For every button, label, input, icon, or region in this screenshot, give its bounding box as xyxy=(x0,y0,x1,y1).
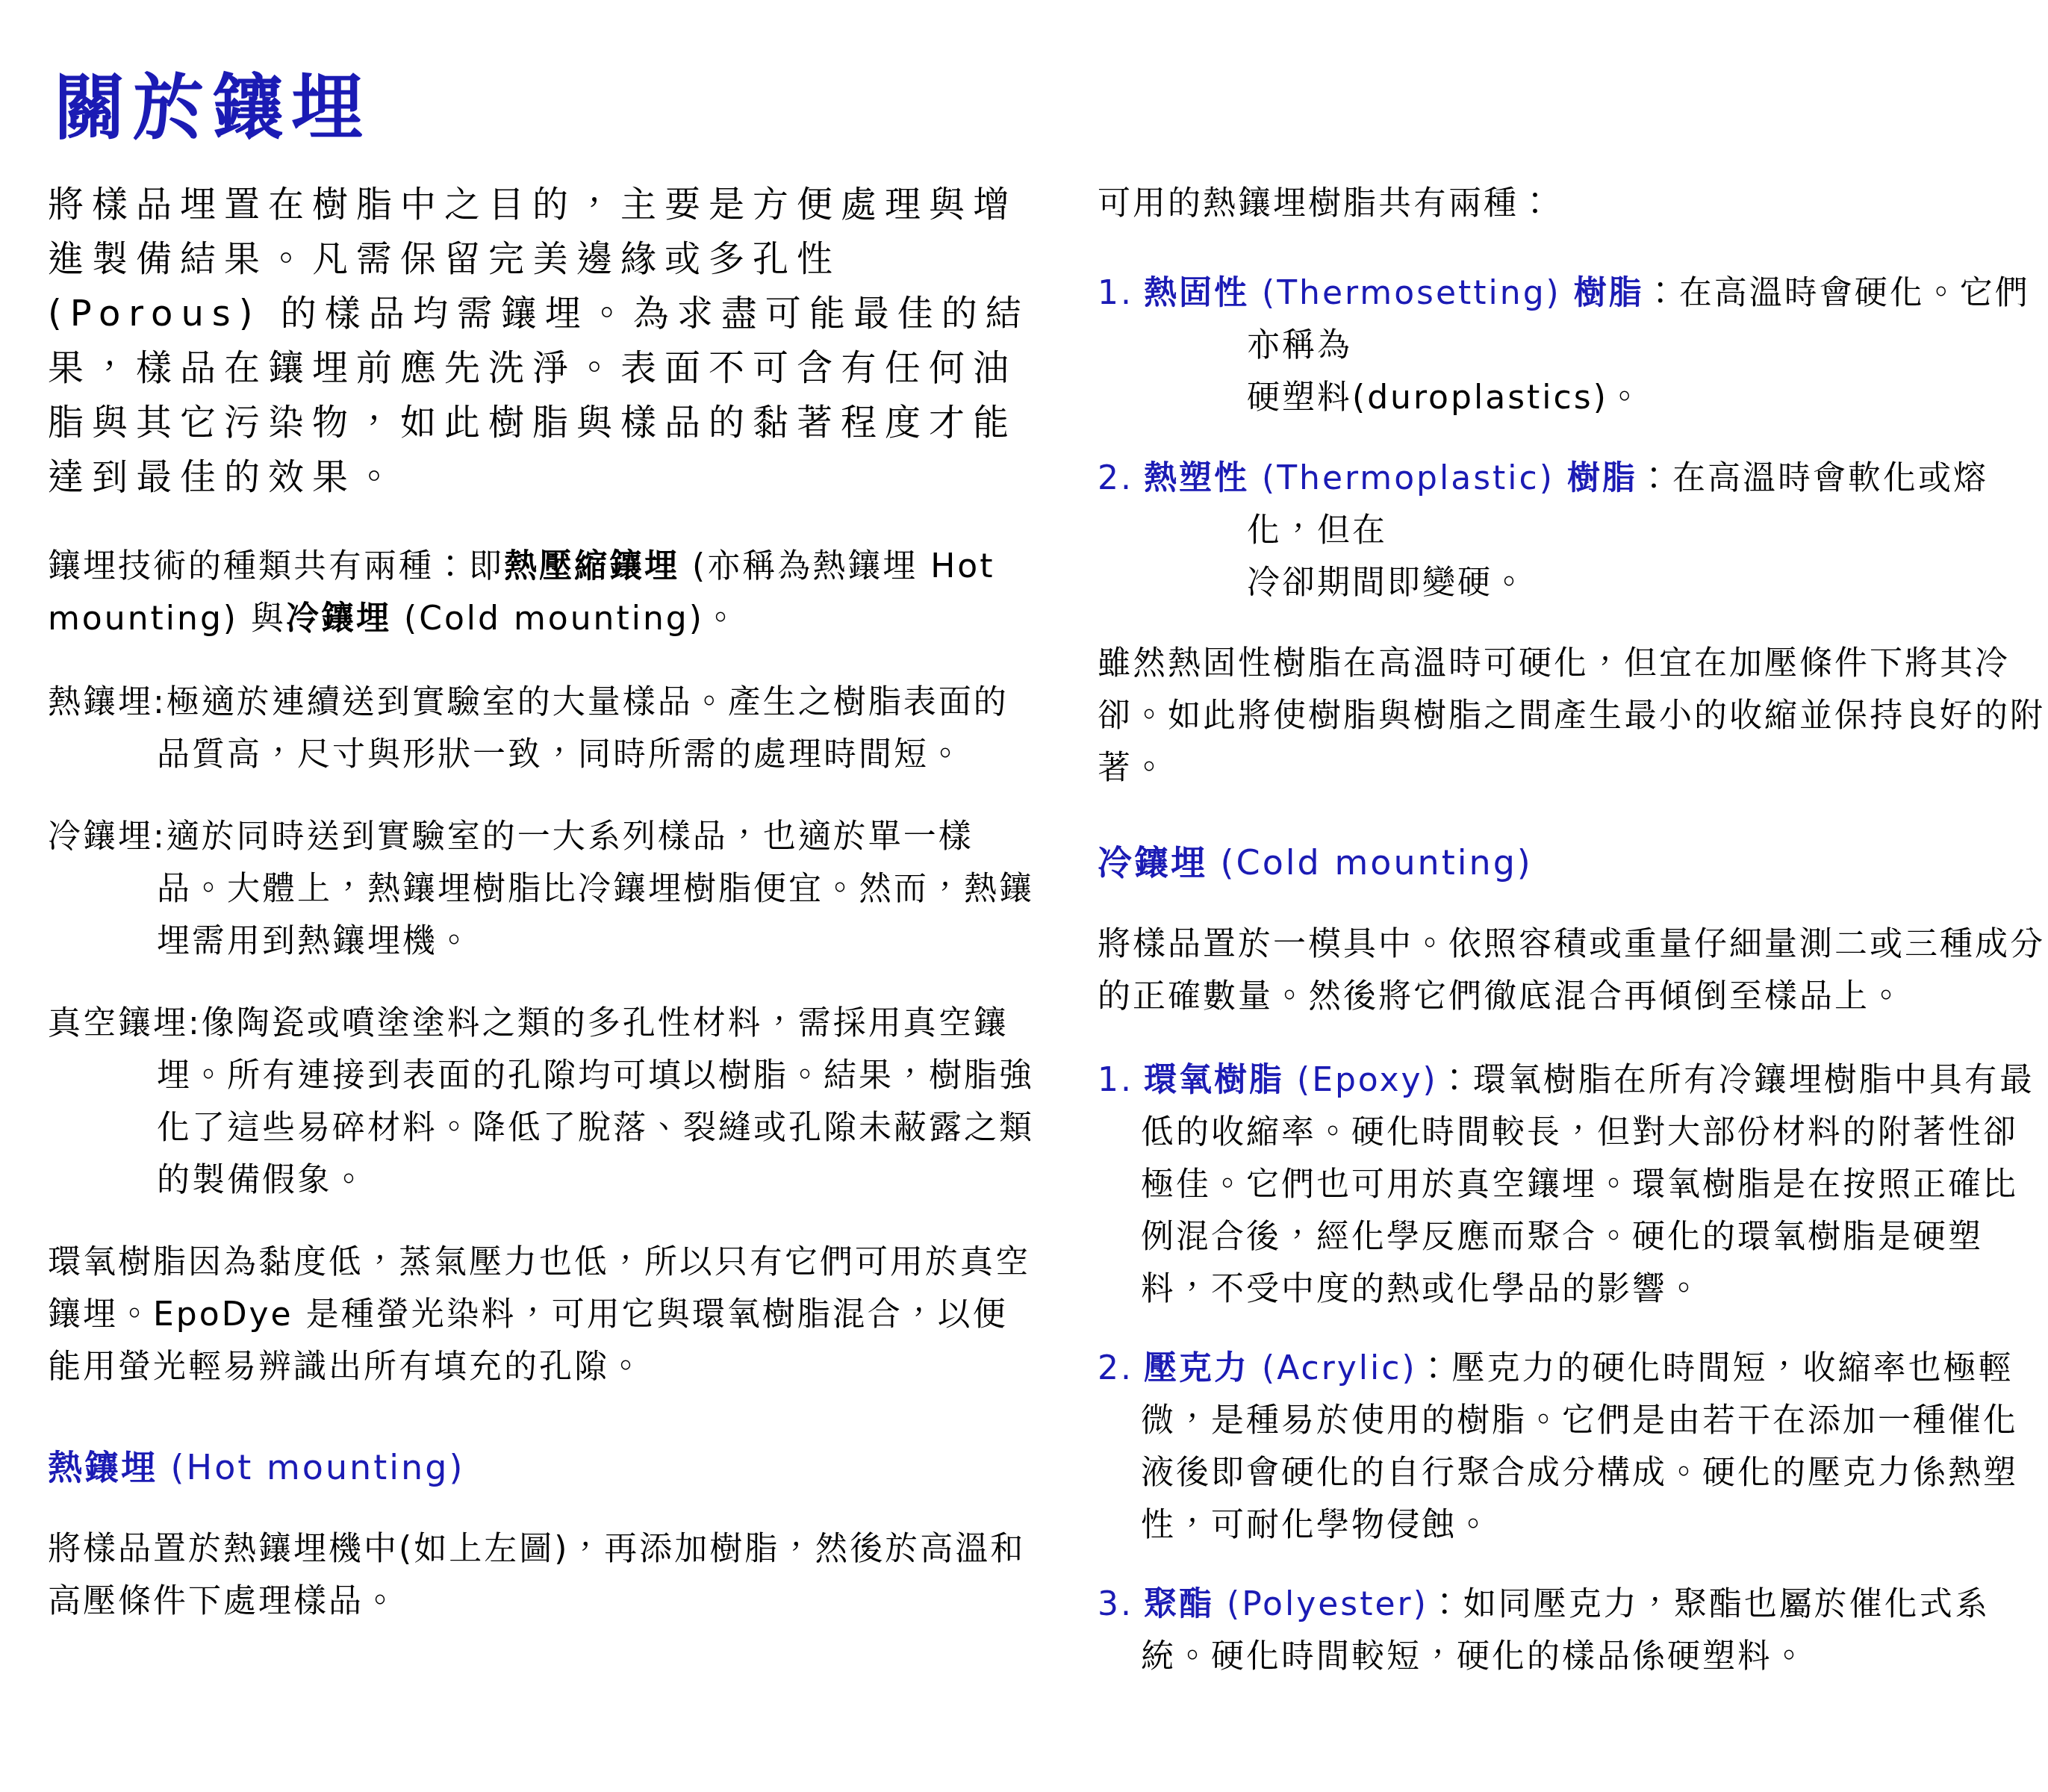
heading-zh: 熱鑲埋 xyxy=(48,1447,158,1487)
cold-resin-item-acrylic: 2.壓克力 (Acrylic)：壓克力的硬化時間短，收縮率也極輕微，是種易於使用… xyxy=(1098,1343,2048,1552)
column-right: 可用的熱鑲埋樹脂共有兩種： 1.熱固性 (Thermosetting) 樹脂：在… xyxy=(1098,178,2048,1710)
hot-resin-item-thermosetting: 1.熱固性 (Thermosetting) 樹脂：在高溫時會硬化。它們亦稱為 硬… xyxy=(1098,267,2048,424)
definition-label: 熱鑲埋: xyxy=(48,683,166,721)
resin-name-zh: 聚酯 xyxy=(1144,1585,1214,1623)
epoxy-note-paragraph: 環氧樹脂因為黏度低，蒸氣壓力也低，所以只有它們可用於真空鑲埋。EpoDye 是種… xyxy=(48,1236,1041,1393)
definition-text: 極適於連續送到實驗室的大量樣品。產生之樹脂表面的品質高，尺寸與形狀一致，同時所需… xyxy=(157,683,1009,774)
hot-compression-term: 熱壓縮鑲埋 xyxy=(504,547,679,585)
page-title: 關於鑲埋 xyxy=(54,69,2027,148)
heading-en: (Hot mounting) xyxy=(158,1447,464,1487)
hot-resin-intro: 可用的熱鑲埋樹脂共有兩種： xyxy=(1098,178,2048,230)
list-number: 2. xyxy=(1098,1349,1133,1387)
column-left: 將樣品埋置在樹脂中之目的，主要是方便處理與增進製備結果。凡需保留完美邊緣或多孔性… xyxy=(48,178,1041,1659)
cooling-note-paragraph: 雖然熱固性樹脂在高溫時可硬化，但宜在加壓條件下將其冷卻。如此將使樹脂與樹脂之間產… xyxy=(1098,638,2048,794)
document-page: { "accent_blue": "#1b1bb4", "page": { "t… xyxy=(0,0,2048,1792)
resin-name-zh: 壓克力 xyxy=(1144,1349,1249,1387)
resin-name-suffix: 樹脂 xyxy=(1574,274,1644,312)
list-number: 3. xyxy=(1098,1585,1133,1623)
resin-name-en: (Polyester) xyxy=(1214,1585,1428,1623)
definition-text: 適於同時送到實驗室的一大系列樣品，也適於單一樣品。大體上，熱鑲埋樹脂比冷鑲埋樹脂… xyxy=(157,818,1034,960)
resin-name-en: (Acrylic) xyxy=(1249,1349,1417,1387)
mounting-types-post: (Cold mounting)。 xyxy=(391,600,739,638)
resin-description-line2: 硬塑料(duroplastics)。 xyxy=(1247,372,2048,424)
resin-name-en: (Thermoplastic) xyxy=(1249,459,1567,497)
heading-en: (Cold mounting) xyxy=(1207,842,1533,883)
resin-description-line2: 冷卻期間即變硬。 xyxy=(1247,557,2048,609)
cold-mounting-term: 冷鑲埋 xyxy=(286,600,391,638)
colon: ： xyxy=(1438,1061,1473,1099)
resin-name-en: (Thermosetting) xyxy=(1249,274,1574,312)
resin-name-zh: 環氧樹脂 xyxy=(1144,1061,1284,1099)
cold-resin-item-polyester: 3.聚酯 (Polyester)：如同壓克力，聚酯也屬於催化式系統。硬化時間較短… xyxy=(1098,1578,2048,1683)
colon: ： xyxy=(1417,1349,1452,1387)
lead-paragraph: 將樣品埋置在樹脂中之目的，主要是方便處理與增進製備結果。凡需保留完美邊緣或多孔性… xyxy=(48,178,1041,505)
mounting-types-paragraph: 鑲埋技術的種類共有兩種：即熱壓縮鑲埋 (亦稱為熱鑲埋 Hot mounting)… xyxy=(48,541,1041,645)
hot-mounting-procedure: 將樣品置於熱鑲埋機中(如上左圖)，再添加樹脂，然後於高溫和高壓條件下處理樣品。 xyxy=(48,1523,1041,1628)
page-container: 關於鑲埋 將樣品埋置在樹脂中之目的，主要是方便處理與增進製備結果。凡需保留完美邊… xyxy=(0,0,2048,1710)
hot-mounting-heading: 熱鑲埋 (Hot mounting) xyxy=(48,1441,1041,1493)
list-number: 1. xyxy=(1098,1061,1133,1099)
hot-mounting-definition: 熱鑲埋:極適於連續送到實驗室的大量樣品。產生之樹脂表面的品質高，尺寸與形狀一致，… xyxy=(48,676,1041,781)
list-number: 1. xyxy=(1098,274,1133,312)
resin-name-zh: 熱固性 xyxy=(1144,274,1249,312)
cold-mounting-heading: 冷鑲埋 (Cold mounting) xyxy=(1098,836,2048,889)
resin-name-en: (Epoxy) xyxy=(1284,1061,1438,1099)
definition-label: 冷鑲埋: xyxy=(48,818,166,856)
colon: ： xyxy=(1428,1585,1463,1623)
list-number: 2. xyxy=(1098,459,1133,497)
definition-label: 真空鑲埋: xyxy=(48,1004,202,1042)
cold-mounting-procedure: 將樣品置於一模具中。依照容積或重量仔細量測二或三種成分的正確數量。然後將它們徹底… xyxy=(1098,918,2048,1023)
vacuum-mounting-definition: 真空鑲埋:像陶瓷或噴塗塗料之類的多孔性材料，需採用真空鑲埋。所有連接到表面的孔隙… xyxy=(48,998,1041,1207)
colon: ： xyxy=(1644,274,1679,312)
hot-resin-item-thermoplastic: 2.熱塑性 (Thermoplastic) 樹脂：在高溫時會軟化或熔化，但在 冷… xyxy=(1098,452,2048,609)
cold-resin-item-epoxy: 1.環氧樹脂 (Epoxy)：環氧樹脂在所有冷鑲埋樹脂中具有最低的收縮率。硬化時… xyxy=(1098,1054,2048,1316)
resin-name-zh: 熱塑性 xyxy=(1144,459,1249,497)
colon: ： xyxy=(1637,459,1672,497)
cold-mounting-definition: 冷鑲埋:適於同時送到實驗室的一大系列樣品，也適於單一樣品。大體上，熱鑲埋樹脂比冷… xyxy=(48,811,1041,968)
heading-zh: 冷鑲埋 xyxy=(1098,842,1207,883)
mounting-types-pre: 鑲埋技術的種類共有兩種：即 xyxy=(48,547,504,585)
resin-name-suffix: 樹脂 xyxy=(1567,459,1637,497)
definition-text: 像陶瓷或噴塗塗料之類的多孔性材料，需採用真空鑲埋。所有連接到表面的孔隙均可填以樹… xyxy=(157,1004,1034,1199)
two-column-layout: 將樣品埋置在樹脂中之目的，主要是方便處理與增進製備結果。凡需保留完美邊緣或多孔性… xyxy=(48,178,2027,1710)
